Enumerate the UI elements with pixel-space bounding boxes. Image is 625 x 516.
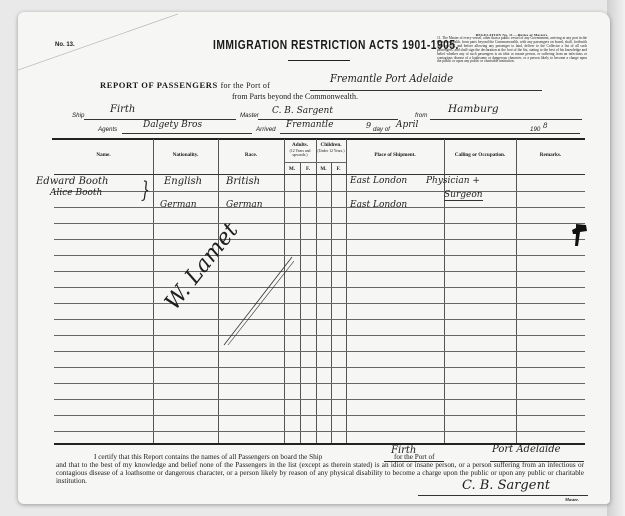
from-value: Hamburg bbox=[448, 103, 499, 115]
report-title: REPORT OF PASSENGERS bbox=[100, 80, 218, 90]
passenger-table: Name. Nationality. Race. Adults. (12 Yea… bbox=[52, 139, 585, 445]
row-rule bbox=[54, 303, 585, 304]
agents-label: Agents bbox=[98, 126, 117, 133]
col-header-children-sub: (Under 12 Years.) bbox=[316, 149, 346, 153]
row-rule bbox=[54, 191, 585, 192]
col-header-adults: Adults. bbox=[284, 142, 316, 148]
master-signature-label: Master. bbox=[565, 497, 579, 502]
row1-race: British bbox=[226, 176, 260, 187]
certification-port-value: Port Adelaide bbox=[492, 444, 561, 455]
col-header-place-of-shipment: Place of Shipment. bbox=[346, 152, 444, 158]
row-rule bbox=[54, 351, 585, 352]
master-signature-line bbox=[418, 495, 588, 496]
form-number: No. 13. bbox=[55, 42, 75, 48]
regulation-text: 11. The Master of every vessel, other th… bbox=[437, 37, 587, 64]
row-rule bbox=[54, 335, 585, 336]
from-parts-label: from Parts beyond the Commonwealth. bbox=[232, 92, 358, 101]
row-rule bbox=[54, 383, 585, 384]
col-header-remarks: Remarks. bbox=[516, 152, 585, 158]
row2-name: Alice Booth bbox=[50, 188, 102, 198]
row-rule bbox=[54, 319, 585, 320]
from-line bbox=[430, 119, 582, 120]
report-heading: REPORT OF PASSENGERS for the Port of bbox=[100, 80, 270, 90]
arrived-place-value: Fremantle bbox=[286, 120, 333, 130]
from-label: from bbox=[415, 112, 427, 119]
agents-value: Dalgety Bros bbox=[143, 120, 202, 130]
arrived-label: Arrived bbox=[256, 126, 276, 133]
col-header-children: Children. bbox=[316, 142, 346, 148]
header-bottom-rule bbox=[54, 174, 585, 175]
title-underline bbox=[288, 60, 350, 61]
row-rule bbox=[54, 239, 585, 240]
master-label: Master bbox=[240, 112, 259, 119]
col-header-name: Name. bbox=[54, 152, 153, 158]
form-title: IMMIGRATION RESTRICTION ACTS 1901-1905. bbox=[213, 38, 459, 52]
arrived-month-value: April bbox=[396, 120, 418, 130]
arrived-day-value: 9 bbox=[366, 121, 371, 130]
col-header-children-m: M. bbox=[316, 166, 331, 172]
col-divider bbox=[300, 163, 301, 445]
day-of-label: day of bbox=[373, 126, 390, 133]
row-rule bbox=[54, 399, 585, 400]
row-rule bbox=[54, 287, 585, 288]
row2-occupation: Surgeon bbox=[444, 190, 483, 201]
master-value: C. B. Sargent bbox=[272, 106, 333, 116]
master-signature: C. B. Sargent bbox=[462, 478, 550, 493]
row1-occupation: Physician + bbox=[426, 176, 480, 186]
bracket-mark: } bbox=[141, 178, 150, 204]
arrived-line bbox=[280, 133, 580, 134]
row3-race: German bbox=[226, 200, 263, 210]
row-rule bbox=[54, 415, 585, 416]
report-port-label: for the Port of bbox=[221, 81, 271, 90]
ship-label: Ship bbox=[72, 112, 84, 119]
col-header-adults-f: F. bbox=[300, 166, 316, 172]
certification-ship-line bbox=[384, 461, 444, 462]
certification-ship-value: Firth bbox=[391, 445, 416, 456]
port-line bbox=[310, 90, 542, 91]
row1-name: Edward Booth bbox=[36, 176, 108, 187]
ship-value: Firth bbox=[110, 104, 135, 115]
col-header-adults-sub: (12 Years and upwards.) bbox=[284, 149, 316, 157]
certification-text-1: I certify that this Report contains the … bbox=[94, 453, 322, 461]
port-value: Fremantle Port Adelaide bbox=[330, 72, 453, 85]
row-rule bbox=[54, 367, 585, 368]
row3-place-of-shipment: East London bbox=[350, 200, 407, 210]
signature-flourish bbox=[222, 255, 294, 347]
col-header-race: Race. bbox=[218, 152, 284, 158]
col-header-nationality: Nationality. bbox=[153, 152, 218, 158]
year-prefix: 190 bbox=[530, 126, 540, 133]
regulation-notice: REGULATION No. 11.—Duties of Masters. 11… bbox=[437, 33, 587, 78]
col-divider bbox=[331, 163, 332, 445]
year-suffix-value: 8 bbox=[543, 122, 547, 130]
row-rule bbox=[54, 255, 585, 256]
agents-line bbox=[122, 133, 252, 134]
row-rule bbox=[54, 223, 585, 224]
row-rule bbox=[54, 271, 585, 272]
col-header-children-f: F. bbox=[331, 166, 346, 172]
row3-nationality: German bbox=[160, 200, 197, 210]
certification-port-line bbox=[490, 461, 584, 462]
col-header-adults-m: M. bbox=[284, 166, 300, 172]
row-rule bbox=[54, 207, 585, 208]
ink-blot-mark bbox=[570, 222, 590, 250]
row-rule bbox=[54, 431, 585, 432]
col-header-occupation: Calling or Occupation. bbox=[444, 152, 516, 158]
row1-nationality: English bbox=[164, 176, 202, 187]
subheader-rule bbox=[284, 162, 346, 163]
row1-place-of-shipment: East London bbox=[350, 176, 407, 186]
